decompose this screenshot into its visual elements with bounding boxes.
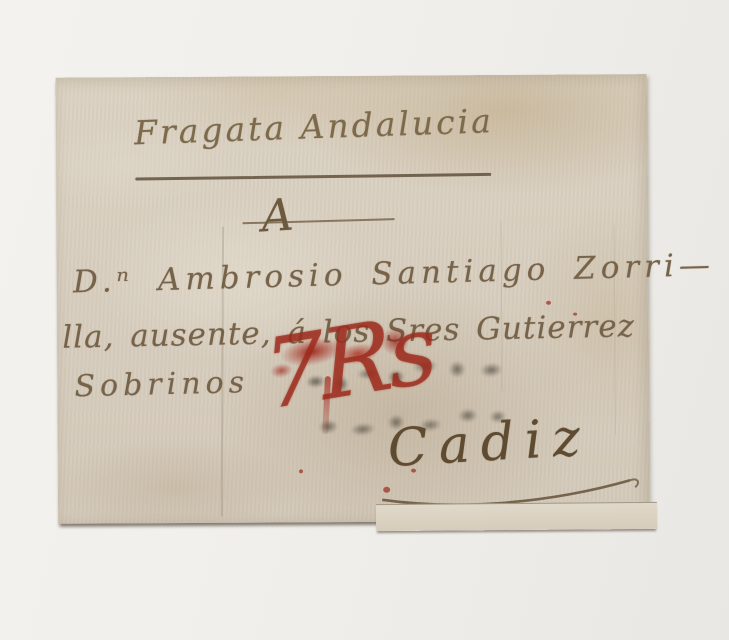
ship-name-underline xyxy=(135,173,491,181)
photo-canvas: Fragata Andalucia A D.ⁿ Ambrosio Santiag… xyxy=(0,0,729,640)
red-ink-spot xyxy=(299,469,303,473)
address-line: D.ⁿ Ambrosio Santiago Zorri— xyxy=(73,250,716,298)
letter-sheet: Fragata Andalucia A D.ⁿ Ambrosio Santiag… xyxy=(56,74,650,524)
red-ink-spot xyxy=(573,313,577,316)
red-ink-spot xyxy=(411,469,416,473)
salutation-a: A xyxy=(260,194,294,240)
rate-mark-7rs: 7Rs xyxy=(260,300,437,424)
ship-name-line: Fragata Andalucia xyxy=(133,104,494,149)
red-ink-spot xyxy=(546,301,551,305)
destination-cadiz: Cadiz xyxy=(387,411,593,475)
red-ink-spot xyxy=(383,487,390,493)
letter-flap xyxy=(376,502,657,531)
